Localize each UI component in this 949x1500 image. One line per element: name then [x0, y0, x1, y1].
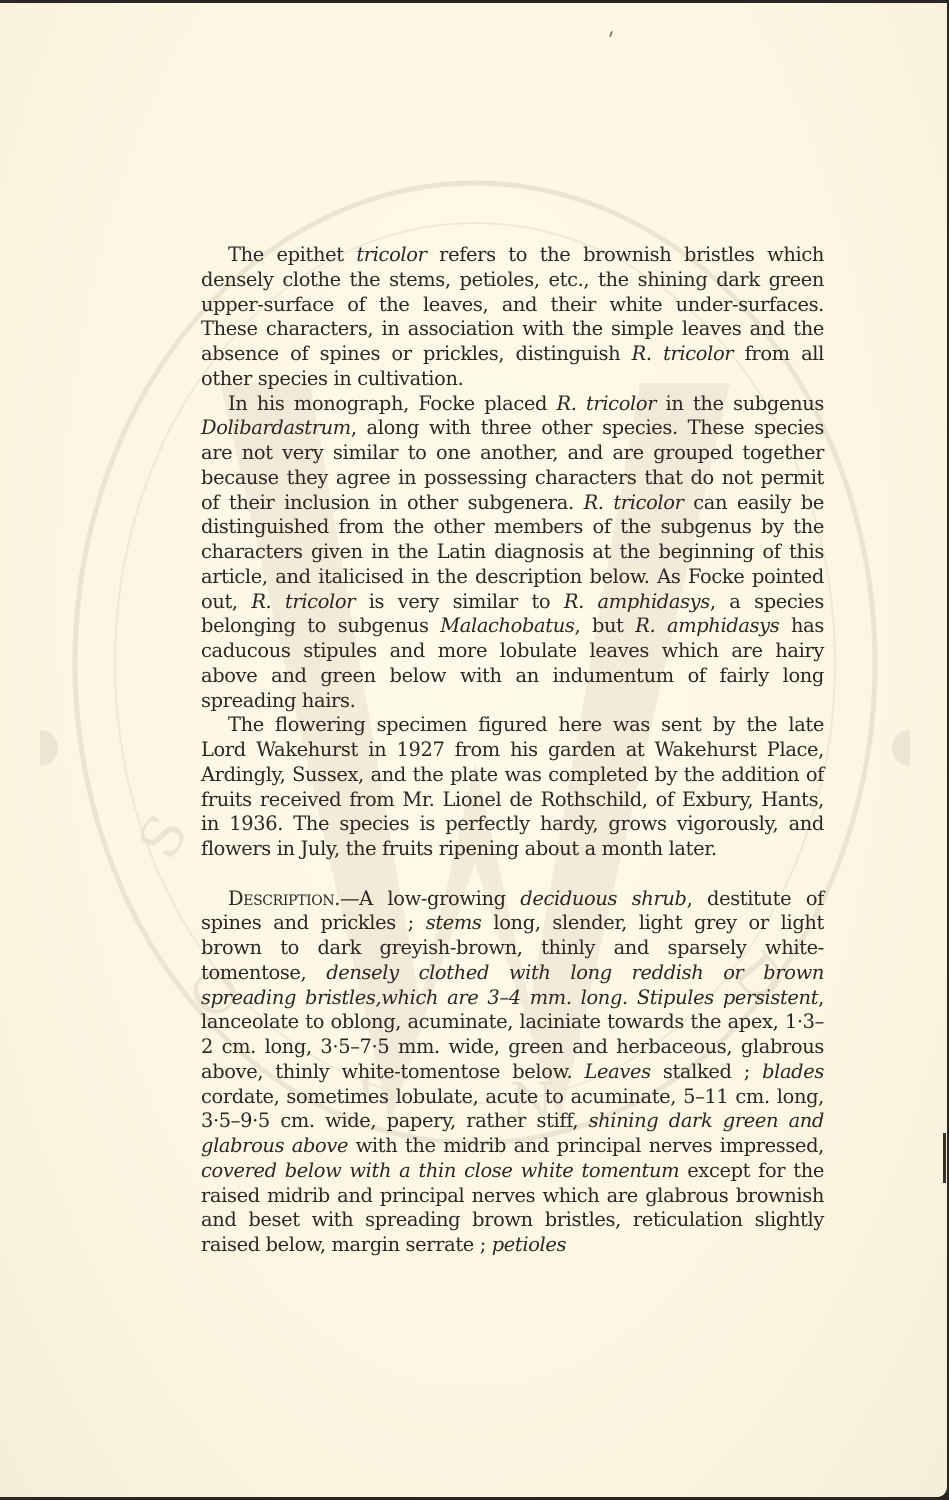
- italic-term: Malachobatus: [440, 614, 574, 637]
- italic-term: tricolor: [356, 243, 426, 266]
- paper-speck: [609, 31, 613, 37]
- italic-term: blades: [762, 1060, 824, 1083]
- text-run: The epithet: [228, 243, 356, 266]
- italic-term: deciduous shrub: [520, 887, 686, 910]
- italic-term: Leaves: [585, 1060, 651, 1083]
- text-run: In his monograph, Focke placed: [228, 392, 556, 415]
- text-run: , but: [574, 614, 635, 637]
- text-run: —A low-growing: [340, 887, 520, 910]
- paragraph-specimen: The flowering specimen figured here was …: [201, 713, 824, 862]
- text-run: is very similar to: [355, 590, 564, 613]
- italic-term: R. tricolor: [632, 342, 734, 365]
- italic-term: R. amphidasys: [564, 590, 710, 613]
- italic-term: Stipules persistent: [637, 986, 818, 1009]
- italic-term: Dolibardastrum: [201, 416, 351, 439]
- italic-term: R. tricolor: [251, 590, 355, 613]
- text-run: with the midrib and principal nerves imp…: [348, 1134, 824, 1157]
- section-heading: Description.: [228, 887, 340, 910]
- paragraph-monograph: In his monograph, Focke placed R. tricol…: [201, 392, 824, 714]
- paragraph-description: Description.—A low-growing deciduous shr…: [201, 887, 824, 1258]
- text-run: [628, 986, 637, 1009]
- text-run: in the subgenus: [656, 392, 824, 415]
- italic-term: stems: [426, 911, 482, 934]
- italic-term: R. amphidasys: [635, 614, 779, 637]
- svg-text:S: S: [126, 804, 201, 870]
- text-run: stalked ;: [651, 1060, 762, 1083]
- text-run: The flowering specimen figured here was …: [201, 713, 824, 860]
- italic-term: R. tricolor: [556, 392, 656, 415]
- document-page: S O C N D The epithet tricolor refers to…: [0, 3, 947, 1497]
- italic-term: covered below with a thin close white to…: [201, 1159, 679, 1182]
- italic-term: petioles: [492, 1233, 566, 1256]
- body-text: The epithet tricolor refers to the brown…: [201, 243, 824, 1258]
- page-edge-mark: [943, 1133, 946, 1183]
- italic-term: R. tricolor: [584, 491, 684, 514]
- paragraph-epithet: The epithet tricolor refers to the brown…: [201, 243, 824, 392]
